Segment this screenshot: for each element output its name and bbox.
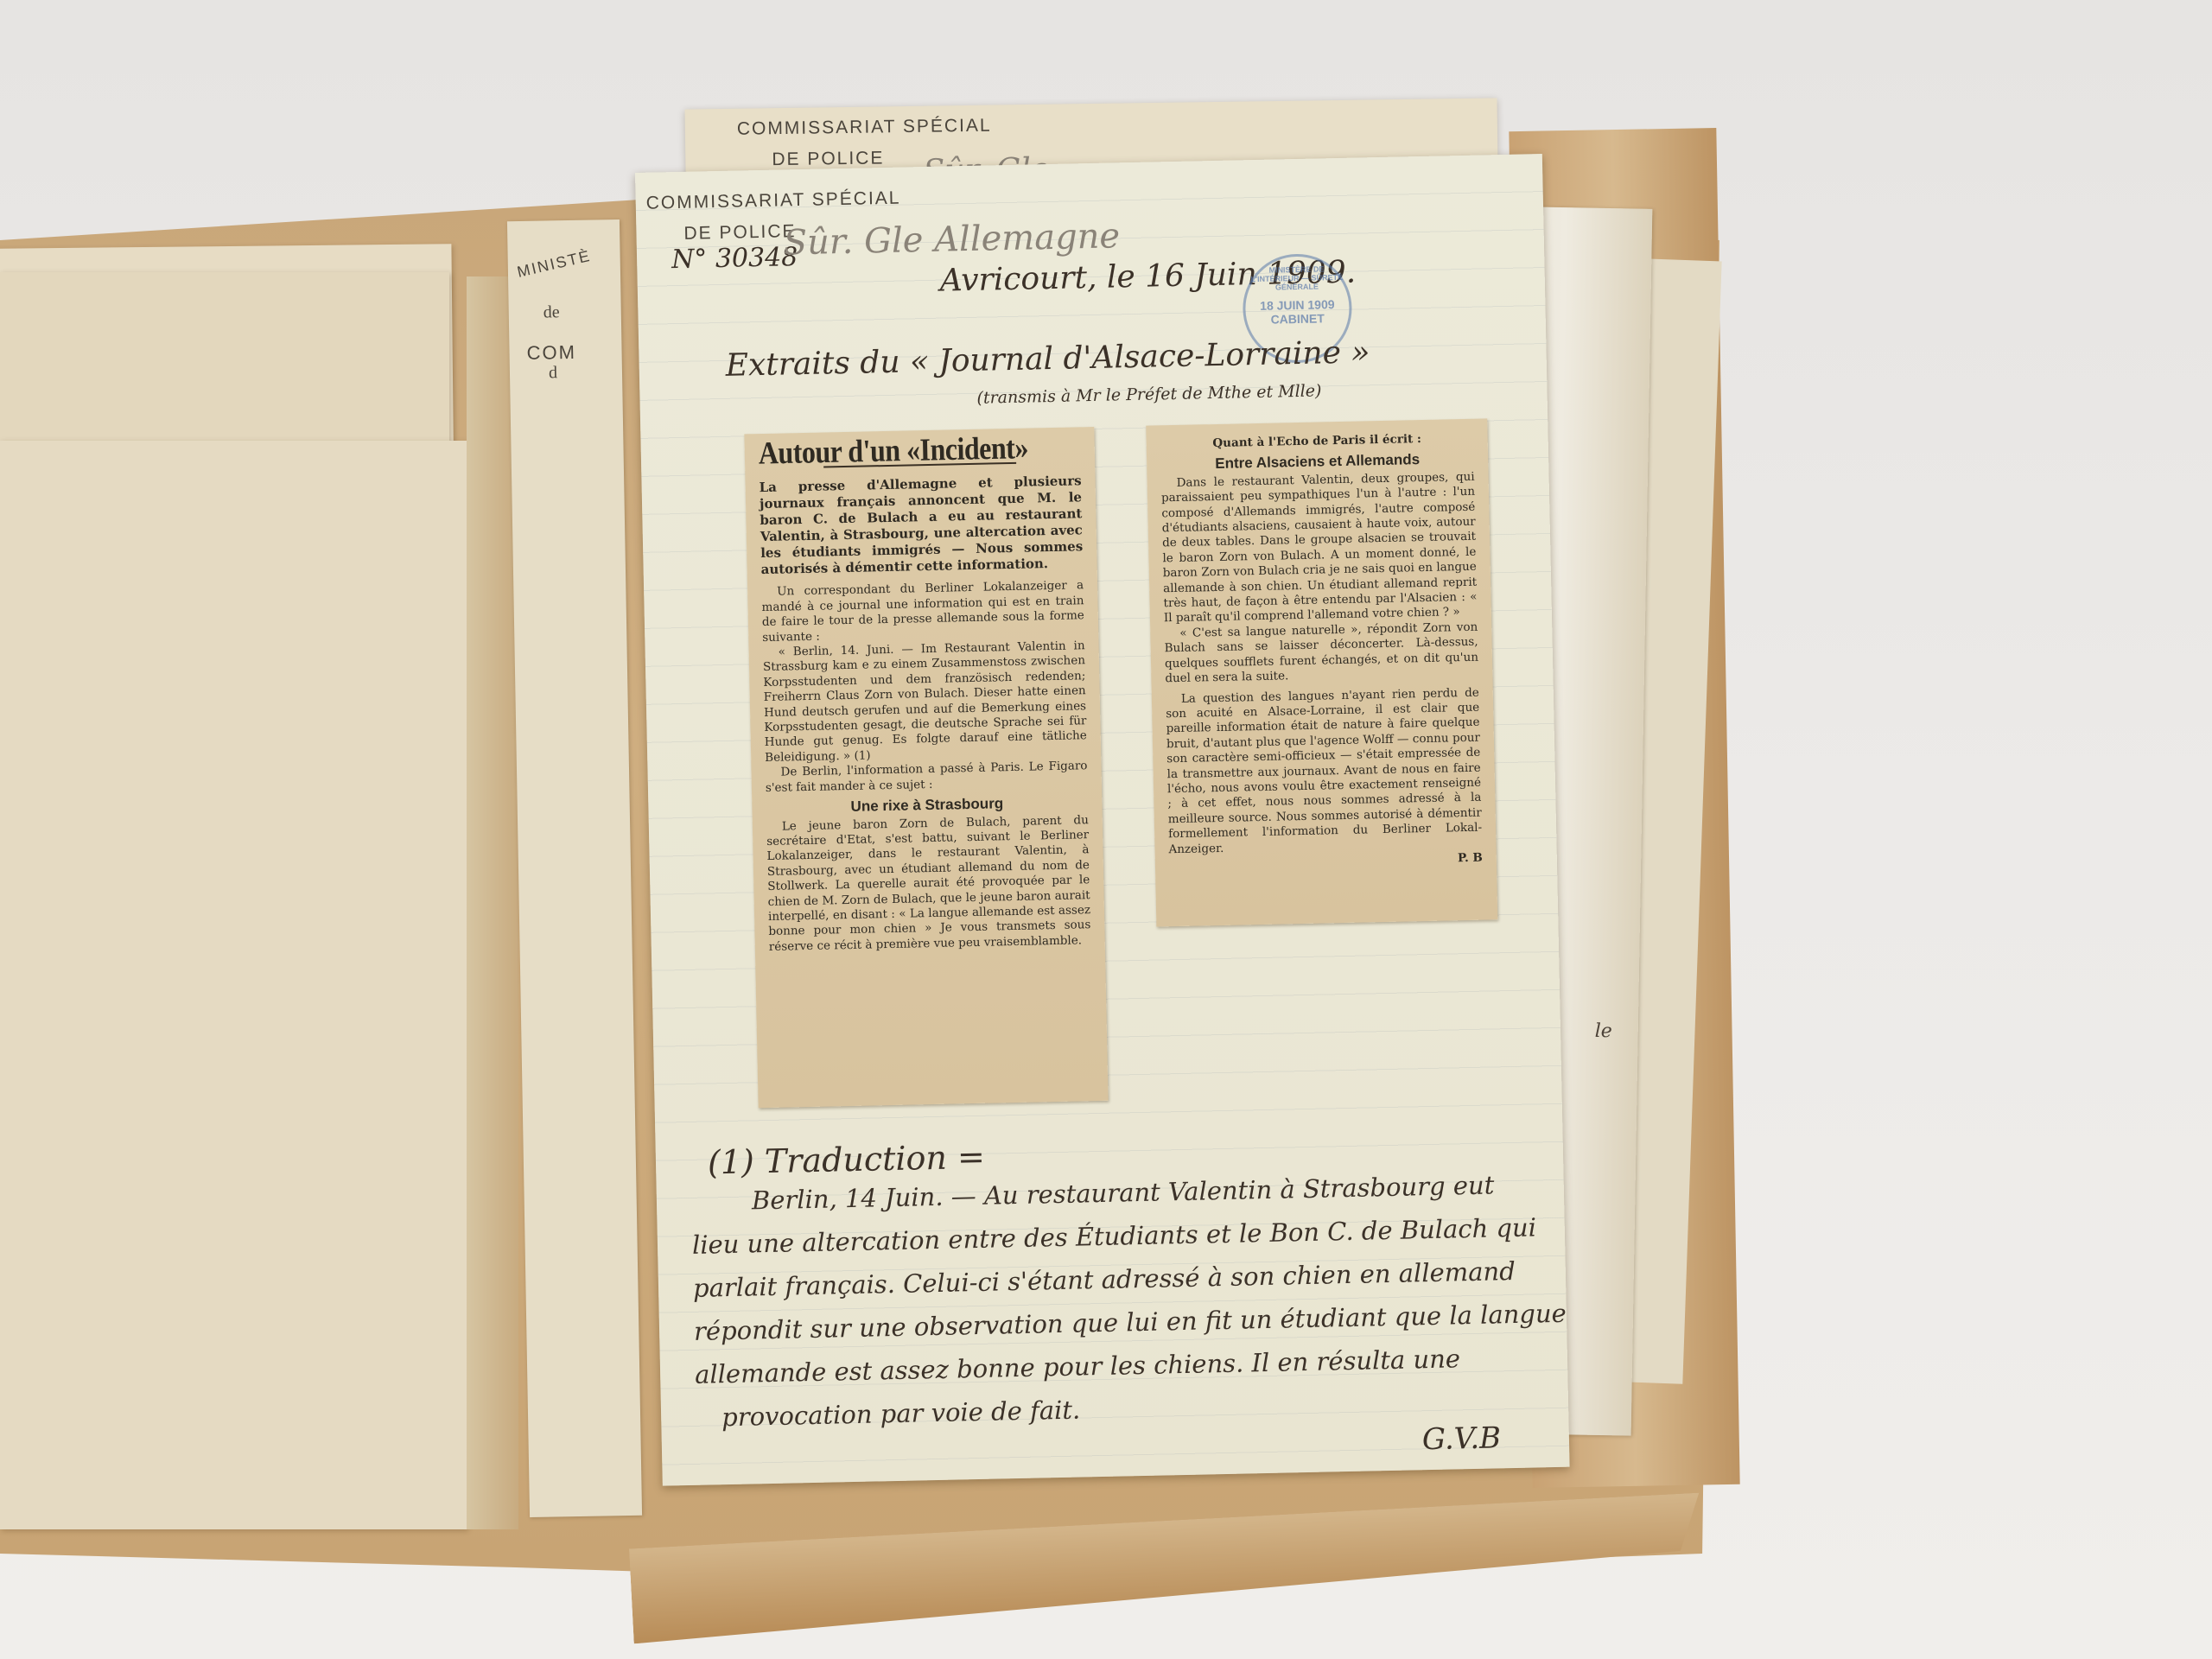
letterhead-fragment: d	[549, 363, 557, 383]
clipping-lead: La presse d'Allemagne et plusieurs journ…	[759, 474, 1083, 579]
clipping-paragraph: Le jeune baron Zorn de Bulach, parent du…	[766, 813, 1091, 955]
main-letter: COMMISSARIAT SPÉCIAL DE POLICE N° 30348 …	[635, 154, 1570, 1486]
letter-title: Extraits du « Journal d'Alsace-Lorraine …	[725, 334, 1370, 384]
clipping-paragraph: La question des langues n'ayant rien per…	[1166, 685, 1483, 857]
clipping-subhead: Une rixe à Strasbourg	[766, 794, 1088, 816]
clipping-headline: Autour d'un «Incident»	[759, 438, 1081, 462]
translation-line: provocation par voie de fait.	[721, 1395, 1081, 1433]
translation-line: parlait français. Celui-ci s'étant adres…	[693, 1256, 1516, 1303]
clipping-paragraph: « C'est sa langue naturelle », répondit …	[1164, 620, 1478, 687]
translation-heading: (1) Traduction =	[708, 1138, 986, 1182]
clipping-paragraph: Un correspondant du Berliner Lokalanzeig…	[761, 579, 1084, 645]
stamp-label: CABINET	[1246, 311, 1350, 327]
author-signature: G.V.B	[1421, 1421, 1501, 1457]
translation-line: lieu une altercation entre des Étudiants…	[692, 1212, 1537, 1259]
stamp-ring-text: MINISTÈRE DE L'INTÉRIEUR — SÛRETÉ GÉNÉRA…	[1244, 264, 1349, 293]
letterhead-subtitle: DE POLICE	[772, 148, 884, 170]
clipping-headline: Entre Alsaciens et Allemands	[1160, 451, 1474, 473]
letterhead-subtitle: DE POLICE	[683, 221, 797, 245]
text-fragment: le	[1595, 1020, 1612, 1042]
file-number: N° 30348	[671, 242, 798, 275]
letterhead-title: COMMISSARIAT SPÉCIAL	[646, 188, 901, 214]
pencil-annotation: Sûr. Gle Allemagne	[783, 216, 1120, 263]
newspaper-clipping-right: Quant à l'Echo de Paris il écrit : Entre…	[1146, 418, 1497, 926]
side-letter: MINISTÈ de COM d	[507, 219, 642, 1517]
letterhead-title: COMMISSARIAT SPÉCIAL	[737, 116, 992, 140]
stamp-date: 18 JUIN 1909	[1245, 297, 1349, 314]
clipping-paragraph: « Berlin, 14. Juni. — Im Restaurant Vale…	[762, 639, 1087, 766]
translation-line: allemande est assez bonne pour les chien…	[695, 1344, 1461, 1389]
clipping-intro: Quant à l'Echo de Paris il écrit :	[1160, 431, 1474, 453]
left-blank-page	[0, 441, 467, 1529]
letter-subtitle: (transmis à Mr le Préfet de Mthe et Mlle…	[976, 381, 1321, 407]
letterhead-fragment: MINISTÈ	[516, 247, 594, 282]
newspaper-clipping-left: Autour d'un «Incident» La presse d'Allem…	[744, 427, 1108, 1108]
letterhead-fragment: de	[543, 302, 560, 322]
clipping-paragraph: De Berlin, l'information a passé à Paris…	[765, 759, 1088, 796]
letterhead-fragment: COM	[526, 341, 576, 365]
clipping-paragraph: Dans le restaurant Valentin, deux groupe…	[1160, 470, 1478, 627]
translation-line: répondit sur une observation que lui en …	[694, 1299, 1567, 1346]
